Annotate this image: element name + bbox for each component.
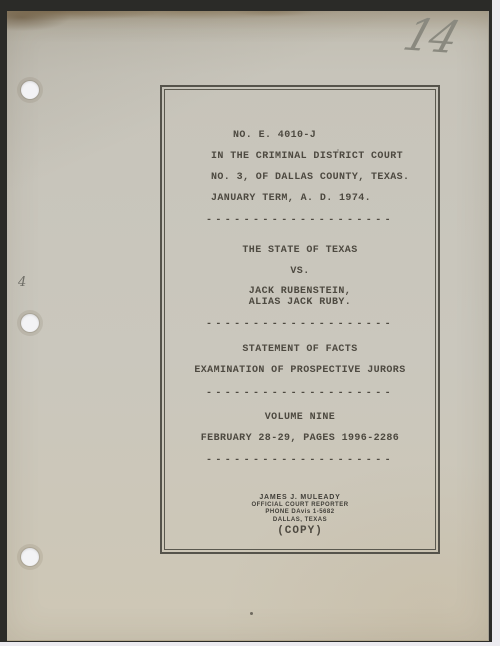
volume-dates-pages-line: FEBRUARY 28-29, PAGES 1996-2286 xyxy=(162,433,438,444)
defendant-alias-line: ALIAS JACK RUBY. xyxy=(162,297,438,308)
scanned-page: 14 4 NO. E. 4010-J IN THE CRIMINAL DISTR… xyxy=(0,0,500,646)
reporter-city: DALLAS, TEXAS xyxy=(162,517,438,525)
paper-speck xyxy=(250,612,253,615)
document-title-line: STATEMENT OF FACTS xyxy=(162,344,438,355)
reporter-phone: PHONE DAvis 1-5682 xyxy=(162,509,438,517)
dashed-divider-4: -------------------- xyxy=(162,456,438,466)
reporter-title: OFFICIAL COURT REPORTER xyxy=(162,502,438,510)
dashed-divider-3: -------------------- xyxy=(162,389,438,399)
court-county-line: NO. 3, OF DALLAS COUNTY, TEXAS. xyxy=(211,167,441,188)
dashed-divider-1: -------------------- xyxy=(162,216,438,226)
cover-border-box: NO. E. 4010-J IN THE CRIMINAL DISTRICT C… xyxy=(160,85,440,554)
punch-hole-bottom xyxy=(21,548,39,566)
copy-stamp: (COPY) xyxy=(162,525,438,537)
court-term-line: JANUARY TERM, A. D. 1974. xyxy=(211,188,441,209)
reporter-name: JAMES J. MULEADY xyxy=(162,494,438,502)
court-name-line: IN THE CRIMINAL DISTRICT COURT xyxy=(211,146,441,167)
document-subtitle-line: EXAMINATION OF PROSPECTIVE JURORS xyxy=(162,365,438,376)
handwritten-page-number: 14 xyxy=(398,13,461,60)
dashed-divider-2: -------------------- xyxy=(162,320,438,330)
case-number-line: NO. E. 4010-J xyxy=(211,125,441,146)
handwritten-margin-mark: 4 xyxy=(18,275,26,290)
punch-hole-top xyxy=(21,81,39,99)
paper-sheet: 14 4 NO. E. 4010-J IN THE CRIMINAL DISTR… xyxy=(7,11,489,641)
case-caption-block: NO. E. 4010-J IN THE CRIMINAL DISTRICT C… xyxy=(211,125,441,209)
versus-line: VS. xyxy=(162,266,438,277)
defendant-block: JACK RUBENSTEIN, ALIAS JACK RUBY. xyxy=(162,286,438,308)
court-reporter-block: JAMES J. MULEADY OFFICIAL COURT REPORTER… xyxy=(162,494,438,524)
plaintiff-line: THE STATE OF TEXAS xyxy=(162,245,438,256)
punch-hole-middle xyxy=(21,314,39,332)
paper-speck xyxy=(337,149,339,151)
defendant-name-line: JACK RUBENSTEIN, xyxy=(162,286,438,297)
volume-line: VOLUME NINE xyxy=(162,412,438,423)
